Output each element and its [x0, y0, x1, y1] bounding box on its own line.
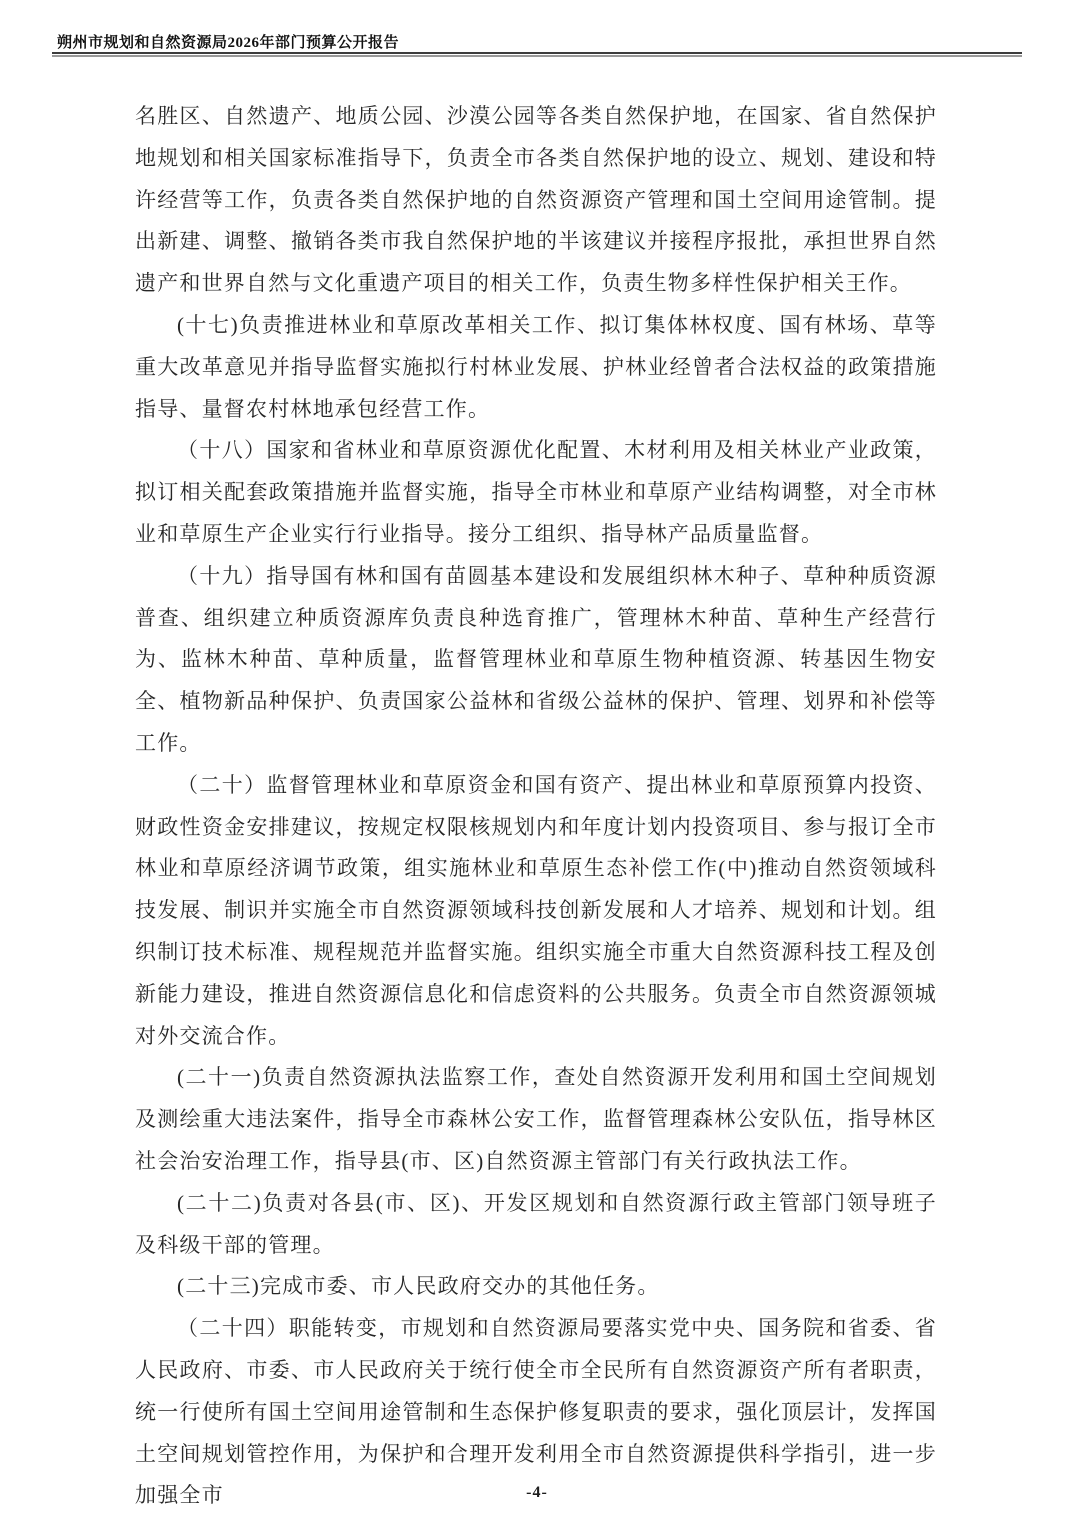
- body-paragraph: (十七)负责推进林业和草原改革相关工作、拟订集体林权度、国有林场、草等重大改革意…: [135, 305, 937, 430]
- header-rule-gray-line: [52, 55, 1022, 57]
- body-paragraph: （十八）国家和省林业和草原资源优化配置、木材利用及相关林业产业政策，拟订相关配套…: [135, 430, 937, 555]
- body-paragraph: （十九）指导国有林和国有苗圆基本建设和发展组织林木种子、草种种质资源普查、组织建…: [135, 556, 937, 765]
- body-paragraph: (二十二)负责对各县(市、区)、开发区规划和自然资源行政主管部门领导班子及科级干…: [135, 1183, 937, 1267]
- document-page: 朔州市规划和自然资源局2026年部门预算公开报告 名胜区、自然遗产、地质公园、沙…: [0, 0, 1074, 1520]
- body-paragraph: （二十）监督管理林业和草原资金和国有资产、提出林业和草原预算内投资、财政性资金安…: [135, 765, 937, 1058]
- page-number: -4-: [0, 1484, 1074, 1502]
- header-rule: [52, 52, 1022, 57]
- body-paragraph: (二十一)负责自然资源执法监察工作，查处自然资源开发利用和国土空间规划及测绘重大…: [135, 1057, 937, 1182]
- document-body: 名胜区、自然遗产、地质公园、沙漠公园等各类自然保护地，在国家、省自然保护地规划和…: [135, 96, 937, 1517]
- body-paragraph: (二十三)完成市委、市人民政府交办的其他任务。: [135, 1266, 937, 1308]
- document-header-title: 朔州市规划和自然资源局2026年部门预算公开报告: [57, 31, 399, 52]
- body-paragraph: 名胜区、自然遗产、地质公园、沙漠公园等各类自然保护地，在国家、省自然保护地规划和…: [135, 96, 937, 305]
